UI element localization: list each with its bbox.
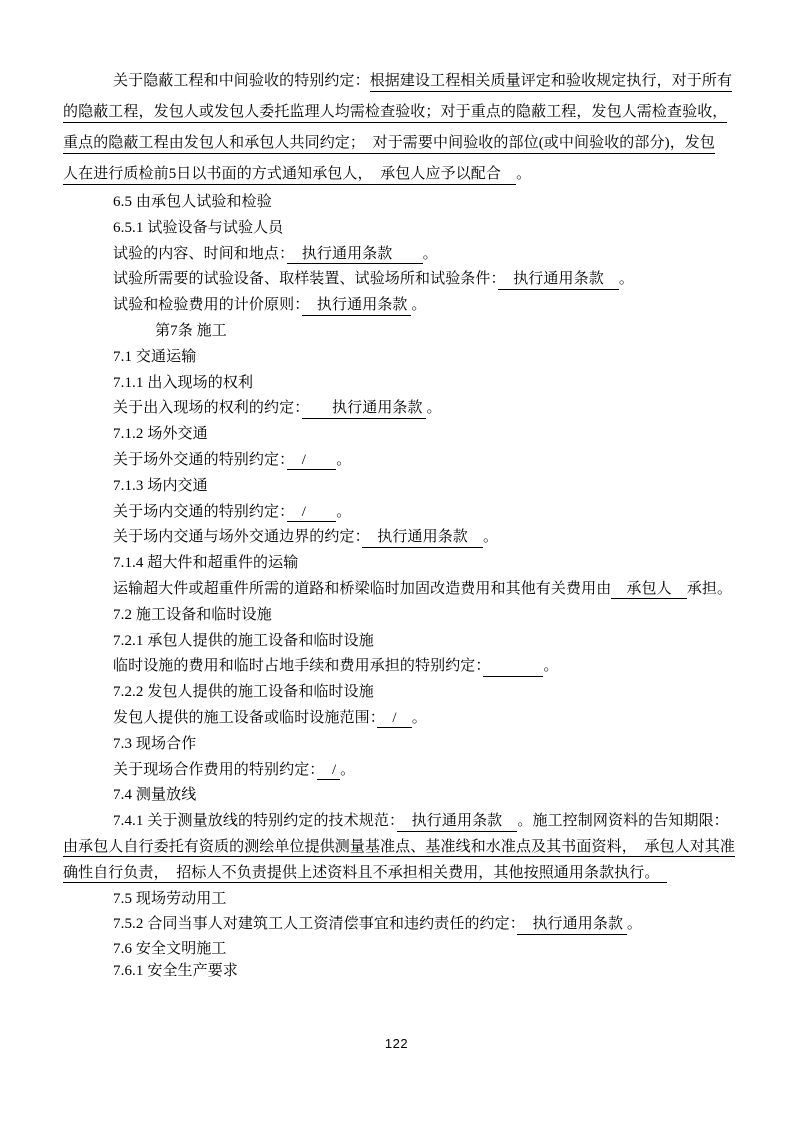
clause-text: 关于隐蔽工程和中间验收的特别约定： — [113, 73, 370, 89]
clause-text: 7.1.4 超大件和超重件的运输 — [113, 555, 298, 571]
clause-onsite-traffic: 关于场内交通的特别约定： / 。 — [63, 500, 739, 526]
underlined-fill-in-text: 根据建设工程相关质量评定和验收规定执行，对于所有 — [370, 73, 732, 92]
heading-7-2-1: 7.2.1 承包人提供的施工设备和临时设施 — [63, 629, 739, 655]
clause-text: 发包人提供的施工设备或临时设施范围： — [113, 710, 377, 726]
underlined-fill-in-text: 确性自行负责， 招标人不负责提供上述资料且不承担相关费用，其他按照通用条款执行。 — [63, 865, 667, 884]
underlined-fill-in-text: 执行通用条款 — [397, 813, 518, 832]
clause-text: 7.1 交通运输 — [113, 349, 196, 365]
para-survey-l2: 由承包人自行委托有资质的测绘单位提供测量基准点、基准线和水准点及其书面资料， 承… — [63, 835, 739, 861]
underlined-fill-in-text: 执行通用条款 — [498, 271, 619, 290]
clause-test-content: 试验的内容、时间和地点： 执行通用条款 。 — [63, 242, 739, 268]
clause-text: 承担。 — [687, 581, 732, 597]
underlined-fill-in-text: 执行通用条款 — [517, 916, 627, 935]
heading-7-1-3: 7.1.3 场内交通 — [63, 474, 739, 500]
underlined-fill-in-text: 人在进行质检前5日以书面的方式通知承包人， 承包人应予以配合 — [63, 166, 516, 185]
underlined-fill-in-text: 执行通用条款 — [302, 297, 412, 316]
clause-text: 试验的内容、时间和地点： — [113, 246, 287, 262]
underlined-fill-in-text: 承包人 — [611, 581, 687, 600]
heading-7-4: 7.4 测量放线 — [63, 783, 739, 809]
clause-text: 7.5.2 合同当事人对建筑工人工资清偿事宜和违约责任的约定： — [113, 916, 517, 932]
heading-7-6: 7.6 安全文明施工 — [63, 938, 739, 960]
clause-text: 6.5.1 试验设备与试验人员 — [113, 220, 283, 236]
clause-text: 。 — [627, 916, 642, 932]
clause-text: 。 — [412, 710, 427, 726]
heading-7-6-1: 7.6.1 安全生产要求 — [63, 960, 739, 982]
clause-text: 运输超大件或超重件所需的道路和桥梁临时加固改造费用和其他有关费用由 — [113, 581, 611, 597]
document-body: 关于隐蔽工程和中间验收的特别约定：根据建设工程相关质量评定和验收规定执行，对于所… — [63, 66, 739, 982]
clause-wage-settlement: 7.5.2 合同当事人对建筑工人工资清偿事宜和违约责任的约定： 执行通用条款 。 — [63, 912, 739, 938]
clause-text: 关于场内交通的特别约定： — [113, 504, 287, 520]
clause-text: 试验和检验费用的计价原则： — [113, 297, 302, 313]
para-survey-l3: 确性自行负责， 招标人不负责提供上述资料且不承担相关费用，其他按照通用条款执行。 — [63, 861, 739, 887]
para-hidden-works-l4: 人在进行质检前5日以书面的方式通知承包人， 承包人应予以配合 。 — [63, 159, 739, 190]
clause-text: 7.4.1 关于测量放线的特别约定的技术规范： — [113, 813, 397, 829]
clause-text: 。 — [340, 762, 355, 778]
para-hidden-works-l2: 的隐蔽工程，发包人或发包人委托监理人均需检查验收；对于重点的隐蔽工程，发包人需检… — [63, 97, 739, 128]
clause-offsite-traffic: 关于场外交通的特别约定： / 。 — [63, 448, 739, 474]
clause-site-access: 关于出入现场的权利的约定： 执行通用条款 。 — [63, 396, 739, 422]
para-hidden-works-l1: 关于隐蔽工程和中间验收的特别约定：根据建设工程相关质量评定和验收规定执行，对于所… — [63, 66, 739, 97]
clause-text: 。 — [619, 271, 634, 287]
heading-6-5: 6.5 由承包人试验和检验 — [63, 190, 739, 216]
clause-text: 7.5 现场劳动用工 — [113, 891, 227, 907]
heading-7-5: 7.5 现场劳动用工 — [63, 887, 739, 913]
underlined-fill-in-text: 执行通用条款 — [287, 246, 423, 265]
clause-text: 7.1.2 场外交通 — [113, 426, 208, 442]
clause-text: 。 — [336, 452, 351, 468]
clause-text: 7.3 现场合作 — [113, 736, 196, 752]
clause-text: 。 — [483, 529, 498, 545]
underlined-fill-in-text: / — [377, 710, 411, 729]
heading-7-1-2: 7.1.2 场外交通 — [63, 422, 739, 448]
clause-text: 7.2.1 承包人提供的施工设备和临时设施 — [113, 633, 374, 649]
underlined-fill-in-text: / — [287, 452, 337, 471]
clause-text: 7.6.1 安全生产要求 — [113, 963, 238, 979]
heading-7-2-2: 7.2.2 发包人提供的施工设备和临时设施 — [63, 680, 739, 706]
clause-test-equipment: 试验所需要的试验设备、取样装置、试验场所和试验条件： 执行通用条款 。 — [63, 267, 739, 293]
clause-text: 关于出入现场的权利的约定： — [113, 400, 302, 416]
clause-test-cost: 试验和检验费用的计价原则： 执行通用条款 。 — [63, 293, 739, 319]
clause-text: 7.4 测量放线 — [113, 787, 196, 803]
clause-text: 7.1.3 场内交通 — [113, 478, 208, 494]
clause-text: 6.5 由承包人试验和检验 — [113, 194, 272, 210]
clause-text: 。 — [426, 400, 441, 416]
clause-text: 。 — [423, 246, 438, 262]
underlined-fill-in-text: 重点的隐蔽工程由发包人和承包人共同约定； 对于需要中间验收的部位(或中间验收的部… — [63, 135, 715, 154]
clause-text: 。 — [516, 166, 531, 182]
clause-text: 关于场内交通与场外交通边界的约定： — [113, 529, 362, 545]
underlined-fill-in-text: 执行通用条款 — [362, 529, 483, 548]
heading-7-3: 7.3 现场合作 — [63, 732, 739, 758]
heading-6-5-1: 6.5.1 试验设备与试验人员 — [63, 216, 739, 242]
underlined-fill-in-text: 由承包人自行委托有资质的测绘单位提供测量基准点、基准线和水准点及其书面资料， 承… — [63, 839, 735, 858]
clause-text: 临时设施的费用和临时占地手续和费用承担的特别约定： — [113, 658, 483, 674]
para-survey-l1: 7.4.1 关于测量放线的特别约定的技术规范： 执行通用条款 。施工控制网资料的… — [63, 809, 739, 835]
clause-site-cooperation: 关于现场合作费用的特别约定： / 。 — [63, 758, 739, 784]
heading-7-1-1: 7.1.1 出入现场的权利 — [63, 371, 739, 397]
underlined-fill-in-text — [483, 658, 543, 677]
clause-text: 第7条 施工 — [155, 323, 227, 339]
heading-7-1-4: 7.1.4 超大件和超重件的运输 — [63, 551, 739, 577]
underlined-fill-in-text: 执行通用条款 — [302, 400, 427, 419]
clause-text: 。施工控制网资料的告知期限： — [517, 813, 728, 829]
clause-text: 。 — [336, 504, 351, 520]
clause-text: 关于现场合作费用的特别约定： — [113, 762, 317, 778]
clause-text: 7.2.2 发包人提供的施工设备和临时设施 — [113, 684, 374, 700]
clause-oversize-transport: 运输超大件或超重件所需的道路和桥梁临时加固改造费用和其他有关费用由 承包人 承担… — [63, 577, 739, 603]
heading-7-1: 7.1 交通运输 — [63, 345, 739, 371]
para-hidden-works-l3: 重点的隐蔽工程由发包人和承包人共同约定； 对于需要中间验收的部位(或中间验收的部… — [63, 128, 739, 159]
clause-text: 7.6 安全文明施工 — [113, 941, 227, 957]
clause-temp-facilities: 临时设施的费用和临时占地手续和费用承担的特别约定： 。 — [63, 654, 739, 680]
clause-text: 。 — [411, 297, 426, 313]
underlined-fill-in-text: 的隐蔽工程，发包人或发包人委托监理人均需检查验收；对于重点的隐蔽工程，发包人需检… — [63, 104, 727, 123]
heading-7-2: 7.2 施工设备和临时设施 — [63, 603, 739, 629]
underlined-fill-in-text: / — [287, 504, 337, 523]
page-number: 122 — [0, 1036, 793, 1051]
clause-text: 试验所需要的试验设备、取样装置、试验场所和试验条件： — [113, 271, 498, 287]
clause-text: 7.2 施工设备和临时设施 — [113, 607, 272, 623]
underlined-fill-in-text: / — [317, 762, 340, 781]
clause-employer-equipment: 发包人提供的施工设备或临时设施范围： / 。 — [63, 706, 739, 732]
clause-traffic-boundary: 关于场内交通与场外交通边界的约定： 执行通用条款 。 — [63, 525, 739, 551]
heading-article-7: 第7条 施工 — [63, 319, 739, 345]
clause-text: 关于场外交通的特别约定： — [113, 452, 287, 468]
clause-text: 。 — [543, 658, 558, 674]
clause-text: 7.1.1 出入现场的权利 — [113, 375, 253, 391]
